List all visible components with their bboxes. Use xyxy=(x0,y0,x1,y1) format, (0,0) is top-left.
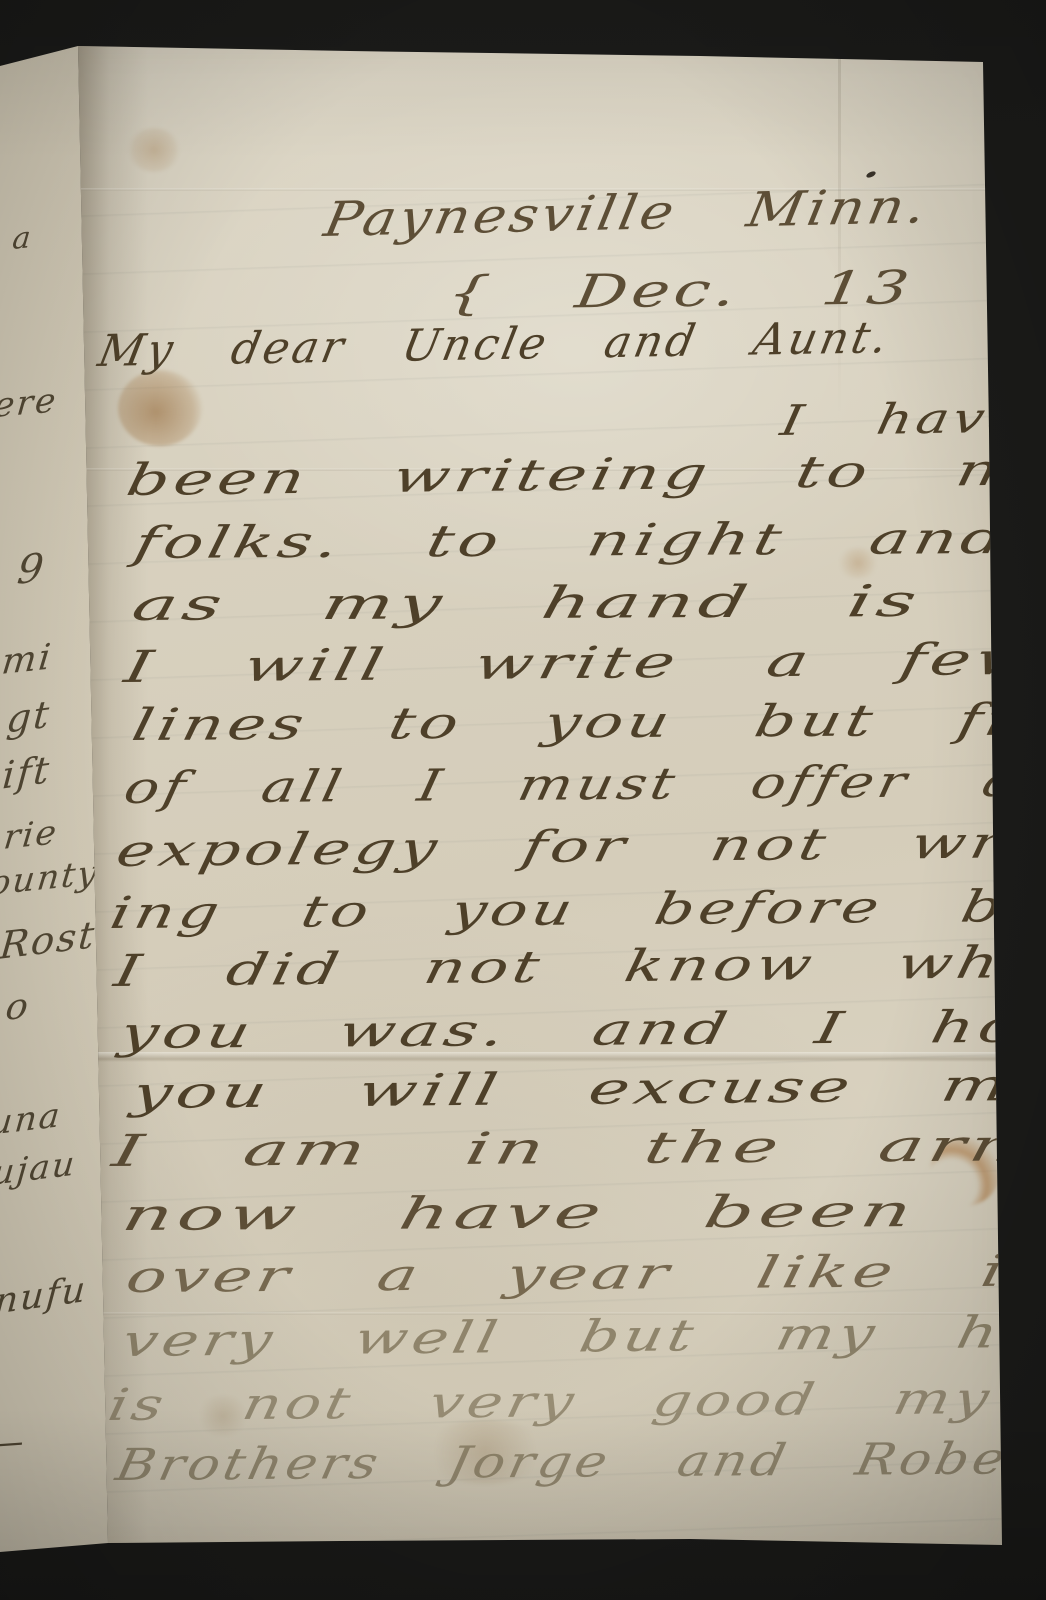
place-dateline: Paynesville Minn. xyxy=(320,178,934,248)
letter-body-line: Brothers Jorge and Robertes xyxy=(112,1433,1046,1491)
letter-body-line: as my hand is in xyxy=(128,575,1046,631)
letter-body-line: very well but my health xyxy=(118,1305,1046,1367)
letter-body-line: expolegy for not writ xyxy=(112,817,1046,877)
handwriting-fragment: — xyxy=(0,1421,27,1463)
handwriting-fragment: o xyxy=(4,986,32,1029)
letter-body-line: lines to you but first xyxy=(128,694,1046,751)
handwriting-fragment: gt xyxy=(5,692,53,742)
handwriting-fragment: ere xyxy=(0,381,59,426)
handwriting-fragment: ounty xyxy=(0,853,101,904)
salutation-line: My dear Uncle and Aunt. xyxy=(94,312,895,377)
photograph-of-letter: a ere 9 mi gt ift rie ounty Rost o una u… xyxy=(0,0,1046,1600)
letter-body-line: you will excuse me xyxy=(128,1060,1046,1119)
letter-body-line: I did not know where xyxy=(110,936,1046,997)
stain xyxy=(128,128,180,172)
letter-body-line: I am in the army xyxy=(108,1120,1046,1177)
letter-body-line: ing to you before but xyxy=(106,881,1046,939)
letter-body-line: I have xyxy=(777,393,1029,445)
letter-page: Paynesville Minn. { Dec. 13 1863 My dear… xyxy=(0,0,1046,1600)
handwriting-fragment: mi xyxy=(0,637,54,683)
ink-speck xyxy=(865,170,876,179)
handwriting-fragment: 9 xyxy=(15,545,48,594)
handwriting-fragment: ujau xyxy=(0,1144,78,1194)
handwriting-fragment: ift xyxy=(1,747,53,797)
letter-body-line: been writeing to my xyxy=(122,444,1046,506)
date-line: { Dec. 13 1863 xyxy=(444,257,1046,320)
handwriting-fragment: una xyxy=(0,1095,63,1143)
handwriting-fragment: rie xyxy=(2,812,60,857)
handwriting-fragment: a xyxy=(11,220,34,257)
letter-body-line: folks. to night and xyxy=(130,513,1013,569)
letter-body-line: you was. and I hope xyxy=(116,1001,1046,1059)
handwriting-fragment: nufu xyxy=(0,1269,89,1322)
letter-body-line: of all I must offer an xyxy=(120,755,1046,814)
letter-body-line: now have been in xyxy=(118,1185,1046,1241)
letter-body-line: I will write a few xyxy=(120,634,1043,693)
handwriting-fragment: Rost xyxy=(0,913,98,968)
letter-body-line: is not very good my two xyxy=(104,1372,1046,1431)
stain xyxy=(118,370,202,446)
letter-body-line: over a year like it xyxy=(122,1246,1043,1303)
